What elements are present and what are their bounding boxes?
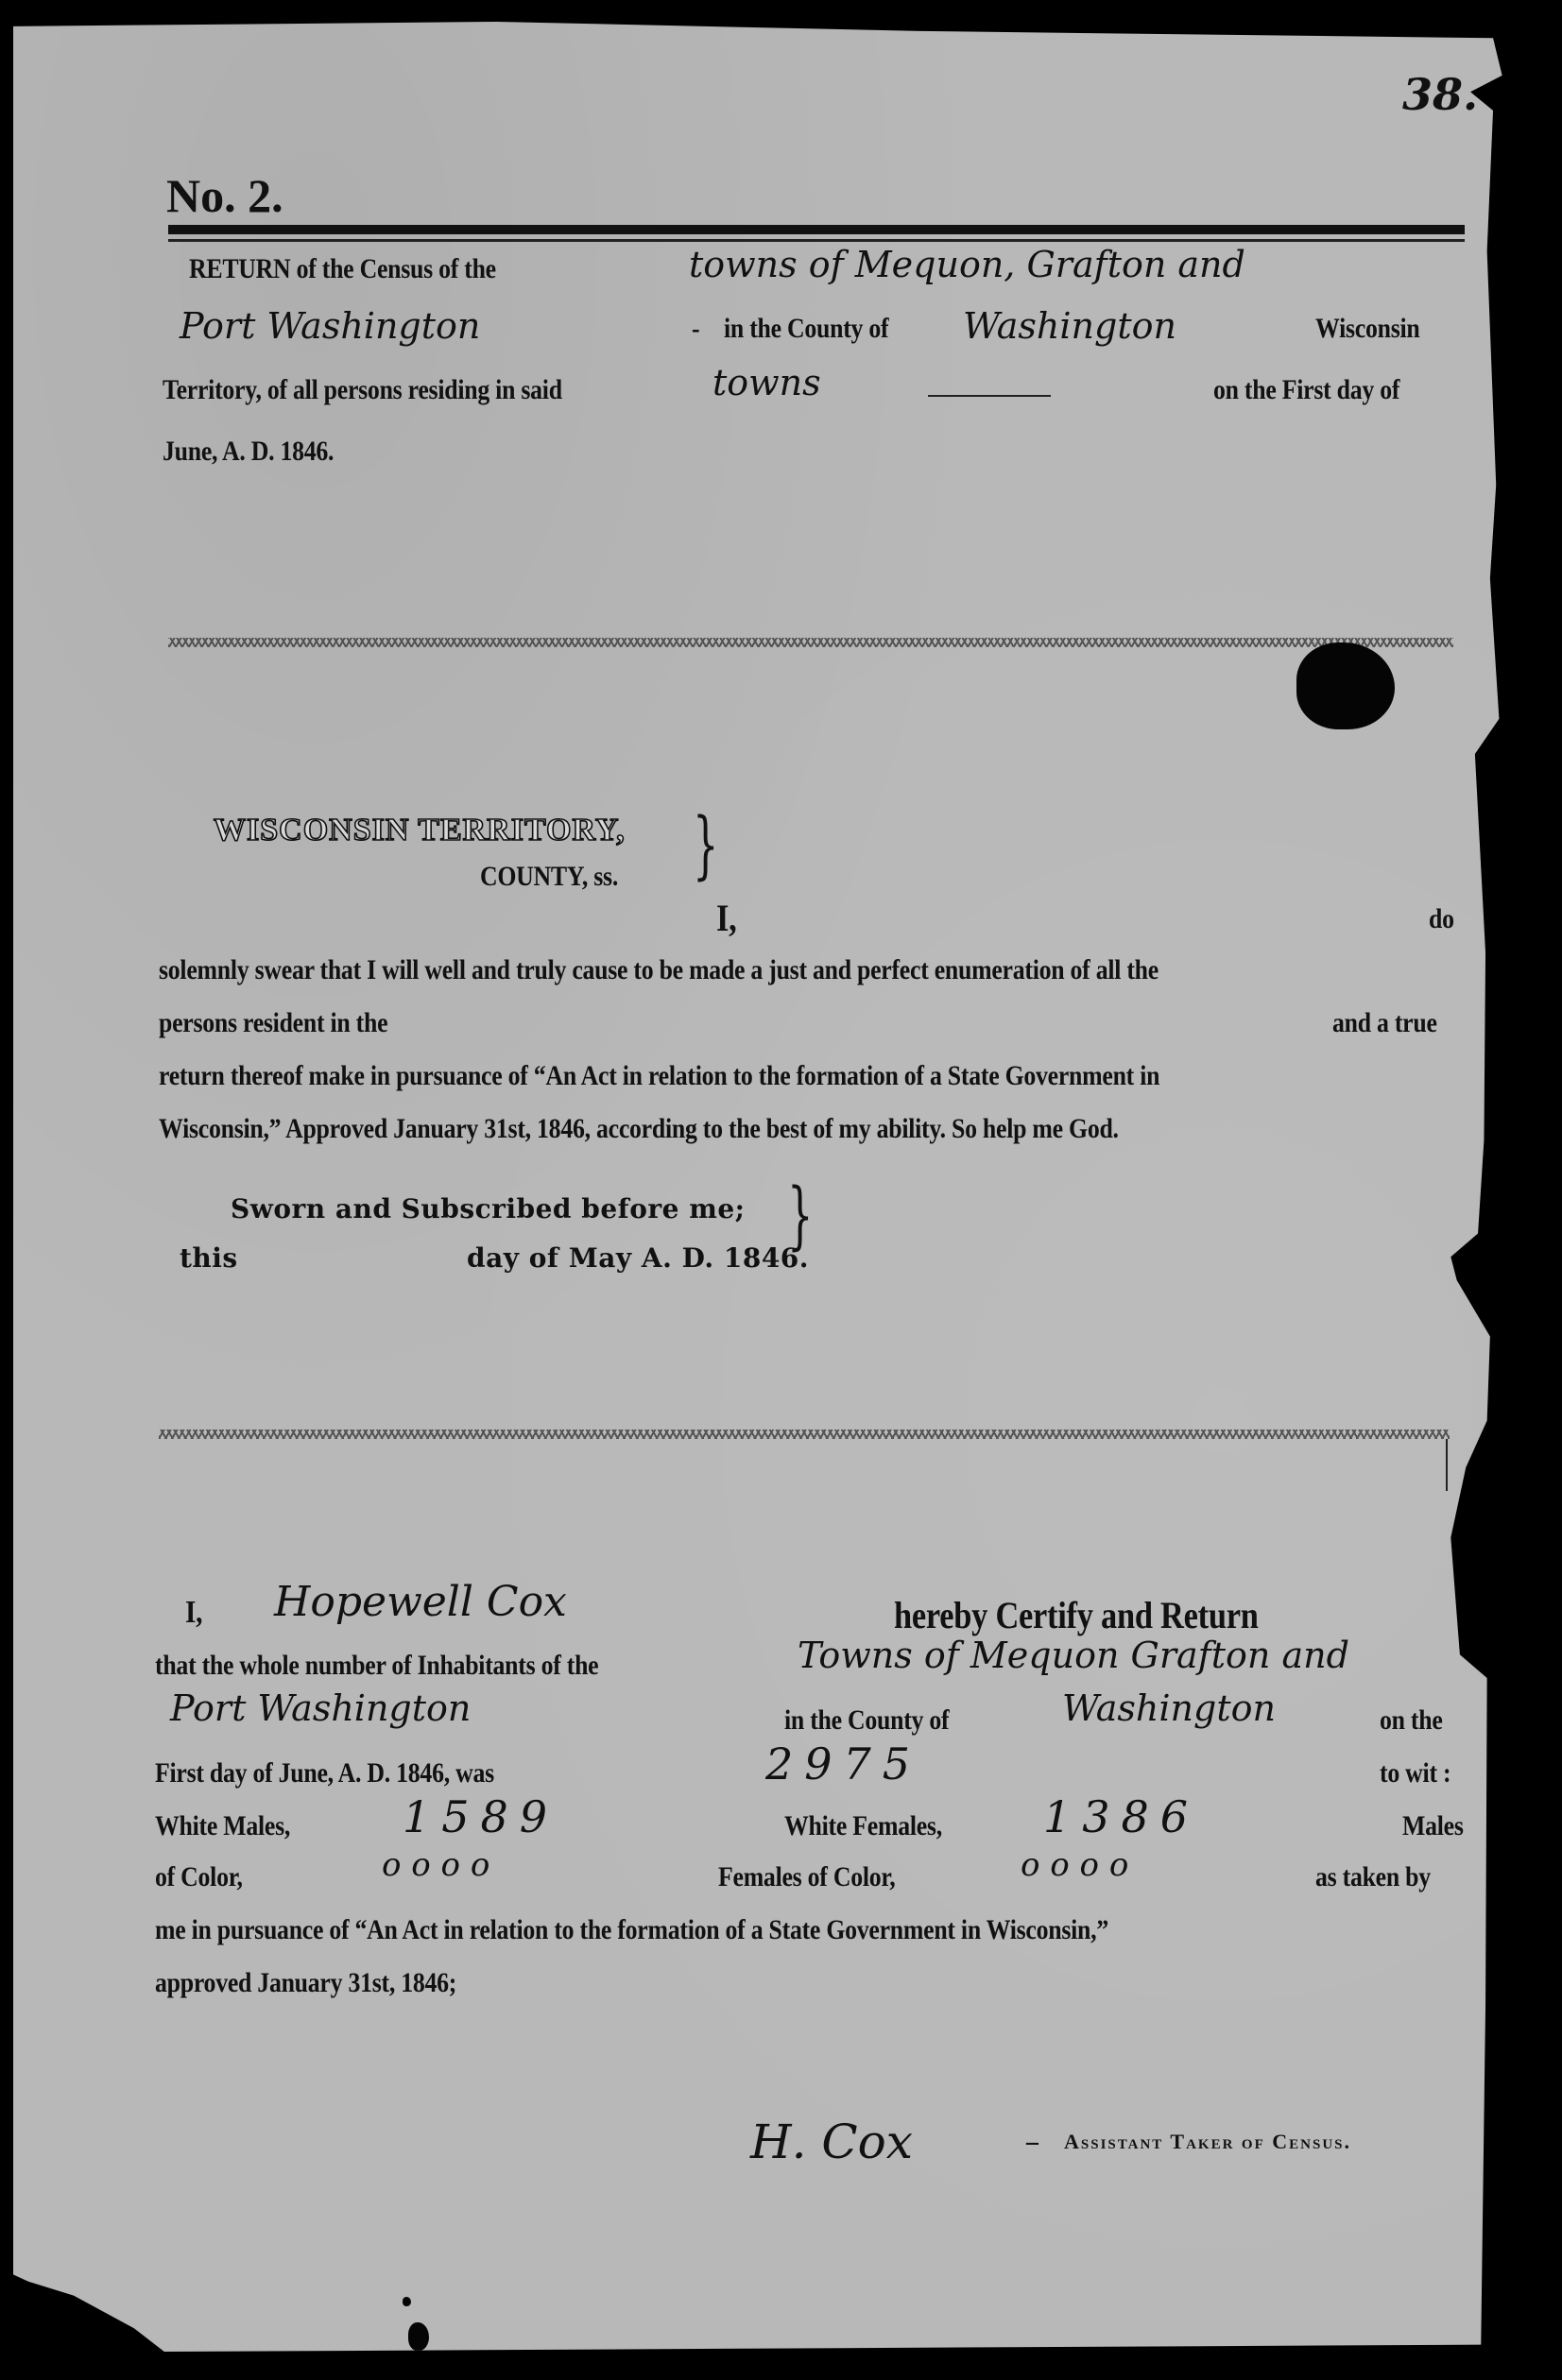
header-line3-first-day: on the First day of <box>1213 374 1399 406</box>
certificate-towns-handwritten: Towns of Mequon Grafton and <box>798 1635 1349 1676</box>
certificate-approved-line: approved January 31st, 1846; <box>155 1967 456 1999</box>
header-line2-wisconsin: Wisconsin <box>1315 313 1419 345</box>
census-document-page: 38. No. 2. RETURN of the Census of the t… <box>13 17 1523 2356</box>
females-of-color-value: o o o o <box>1021 1846 1128 1884</box>
certificate-certify-label: hereby Certify and Return <box>894 1593 1259 1637</box>
males-label: Males <box>1402 1810 1464 1842</box>
oath-venue-county: COUNTY, ss. <box>480 861 618 893</box>
oath-line3: return thereof make in pursuance of “An … <box>159 1060 1159 1092</box>
ink-splatter-dot <box>403 2297 411 2306</box>
sworn-this-label: this <box>180 1242 238 1274</box>
certificate-total-handwritten: 2975 <box>765 1738 921 1789</box>
page-number: 38. <box>1402 69 1478 120</box>
as-taken-by-label: as taken by <box>1315 1861 1431 1893</box>
ink-splatter <box>408 2322 429 2351</box>
header-line3-blank-dash <box>928 395 1051 397</box>
header-line3-handwritten: towns <box>712 362 821 403</box>
ink-blot <box>1296 642 1395 729</box>
certificate-act-line: me in pursuance of “An Act in relation t… <box>155 1914 1108 1946</box>
header-line2-county-label: in the County of <box>724 313 888 345</box>
header-line3-print: Territory, of all persons residing in sa… <box>163 374 562 406</box>
white-females-label: White Females, <box>784 1810 942 1842</box>
separator-tick <box>1446 1439 1448 1491</box>
certificate-on-the-label: on the <box>1380 1704 1443 1737</box>
oath-line1: solemnly swear that I will well and trul… <box>159 954 1159 986</box>
header-line4-date: June, A. D. 1846. <box>163 436 334 468</box>
oath-line2-b: and a true <box>1332 1007 1437 1039</box>
oath-line2-a: persons resident in the <box>159 1007 387 1039</box>
certificate-taker-name: Hopewell Cox <box>274 1578 567 1626</box>
certificate-towns-handwritten-2: Port Washington <box>170 1687 471 1729</box>
header-line2-dash: - <box>692 313 699 345</box>
header-thick-rule <box>168 225 1465 234</box>
certificate-first-day-label: First day of June, A. D. 1846, was <box>155 1757 494 1789</box>
oath-venue-title: WISCONSIN TERRITORY, <box>214 813 626 848</box>
wavy-separator-1 <box>168 638 1453 647</box>
assistant-taker-title: Assistant Taker of Census. <box>1064 2130 1351 2154</box>
certificate-county-handwritten: Washington <box>1062 1687 1276 1729</box>
males-of-color-value: o o o o <box>382 1846 489 1884</box>
sworn-brace: } <box>787 1179 813 1253</box>
oath-venue-brace: } <box>693 809 718 882</box>
females-of-color-label: Females of Color, <box>718 1861 895 1893</box>
wavy-separator-2 <box>159 1430 1450 1439</box>
sworn-day-of-may: day of May A. D. 1846. <box>467 1242 809 1274</box>
header-thin-rule <box>168 239 1465 242</box>
certificate-to-wit-label: to wit : <box>1380 1757 1450 1789</box>
taker-signature: H. Cox <box>750 2115 913 2169</box>
header-line1-handwritten-towns: towns of Mequon, Grafton and <box>689 244 1245 285</box>
white-males-label: White Males, <box>155 1810 290 1842</box>
sworn-subscribed-line: Sworn and Subscribed before me; <box>231 1193 745 1224</box>
oath-i-label: I, <box>716 896 736 940</box>
header-line2-handwritten-town: Port Washington <box>180 305 480 347</box>
oath-line4: Wisconsin,” Approved January 31st, 1846,… <box>159 1113 1119 1145</box>
certificate-i-label: I, <box>185 1595 202 1631</box>
header-line1-print: RETURN of the Census of the <box>189 253 496 285</box>
of-color-label: of Color, <box>155 1861 243 1893</box>
form-number: No. 2. <box>166 168 283 223</box>
white-males-value: 1589 <box>403 1791 558 1842</box>
white-females-value: 1386 <box>1043 1791 1199 1842</box>
oath-do-label: do <box>1429 903 1454 935</box>
signature-dash: – <box>1026 2126 1038 2158</box>
certificate-whole-number-label: that the whole number of Inhabitants of … <box>155 1650 598 1682</box>
certificate-county-label: in the County of <box>784 1704 949 1737</box>
header-line2-handwritten-county: Washington <box>963 305 1176 347</box>
